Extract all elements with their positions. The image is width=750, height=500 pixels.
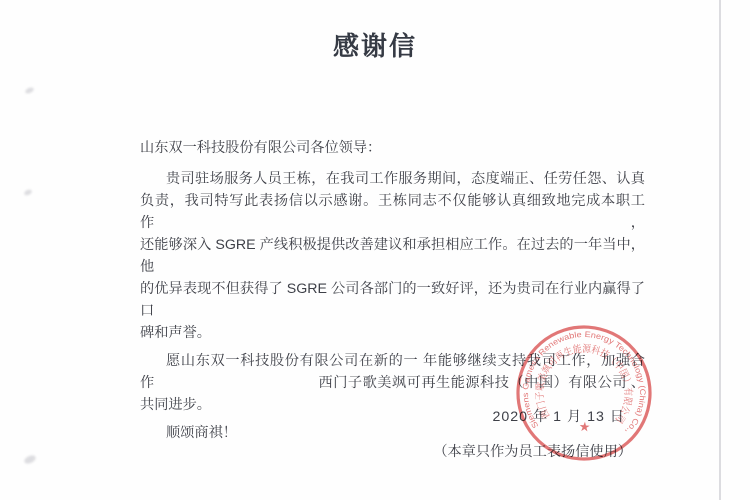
scan-page-edge-line [719,0,721,500]
letter-page: 感谢信 山东双一科技股份有限公司各位领导： 贵司驻场服务人员王栋，在我司工作服务… [0,0,750,500]
body-line: 贵司驻场服务人员王栋，在我司工作服务期间，态度端正、任劳任怨、认真 [140,168,645,190]
scan-smudge [23,454,37,465]
seal-star-icon: ★ [578,419,591,435]
seal-outer-ring [514,323,655,464]
seal-group: Siemens Gamesa Renewable Energy Technolo… [504,313,656,463]
scan-smudge [24,86,34,94]
body-line: 还能够深入 SGRE 产线积极提供改善建议和承担相应工作。在过去的一年当中，他 [140,234,645,278]
scan-smudge [23,189,32,197]
letter-title: 感谢信 [0,26,750,63]
salutation-line: 山东双一科技股份有限公司各位领导： [140,137,645,159]
body-line: 负责，我司特写此表扬信以示感谢。王栋同志不仅能够认真细致地完成本职工作， [140,190,645,234]
company-seal-stamp: Siemens Gamesa Renewable Energy Technolo… [504,313,664,473]
